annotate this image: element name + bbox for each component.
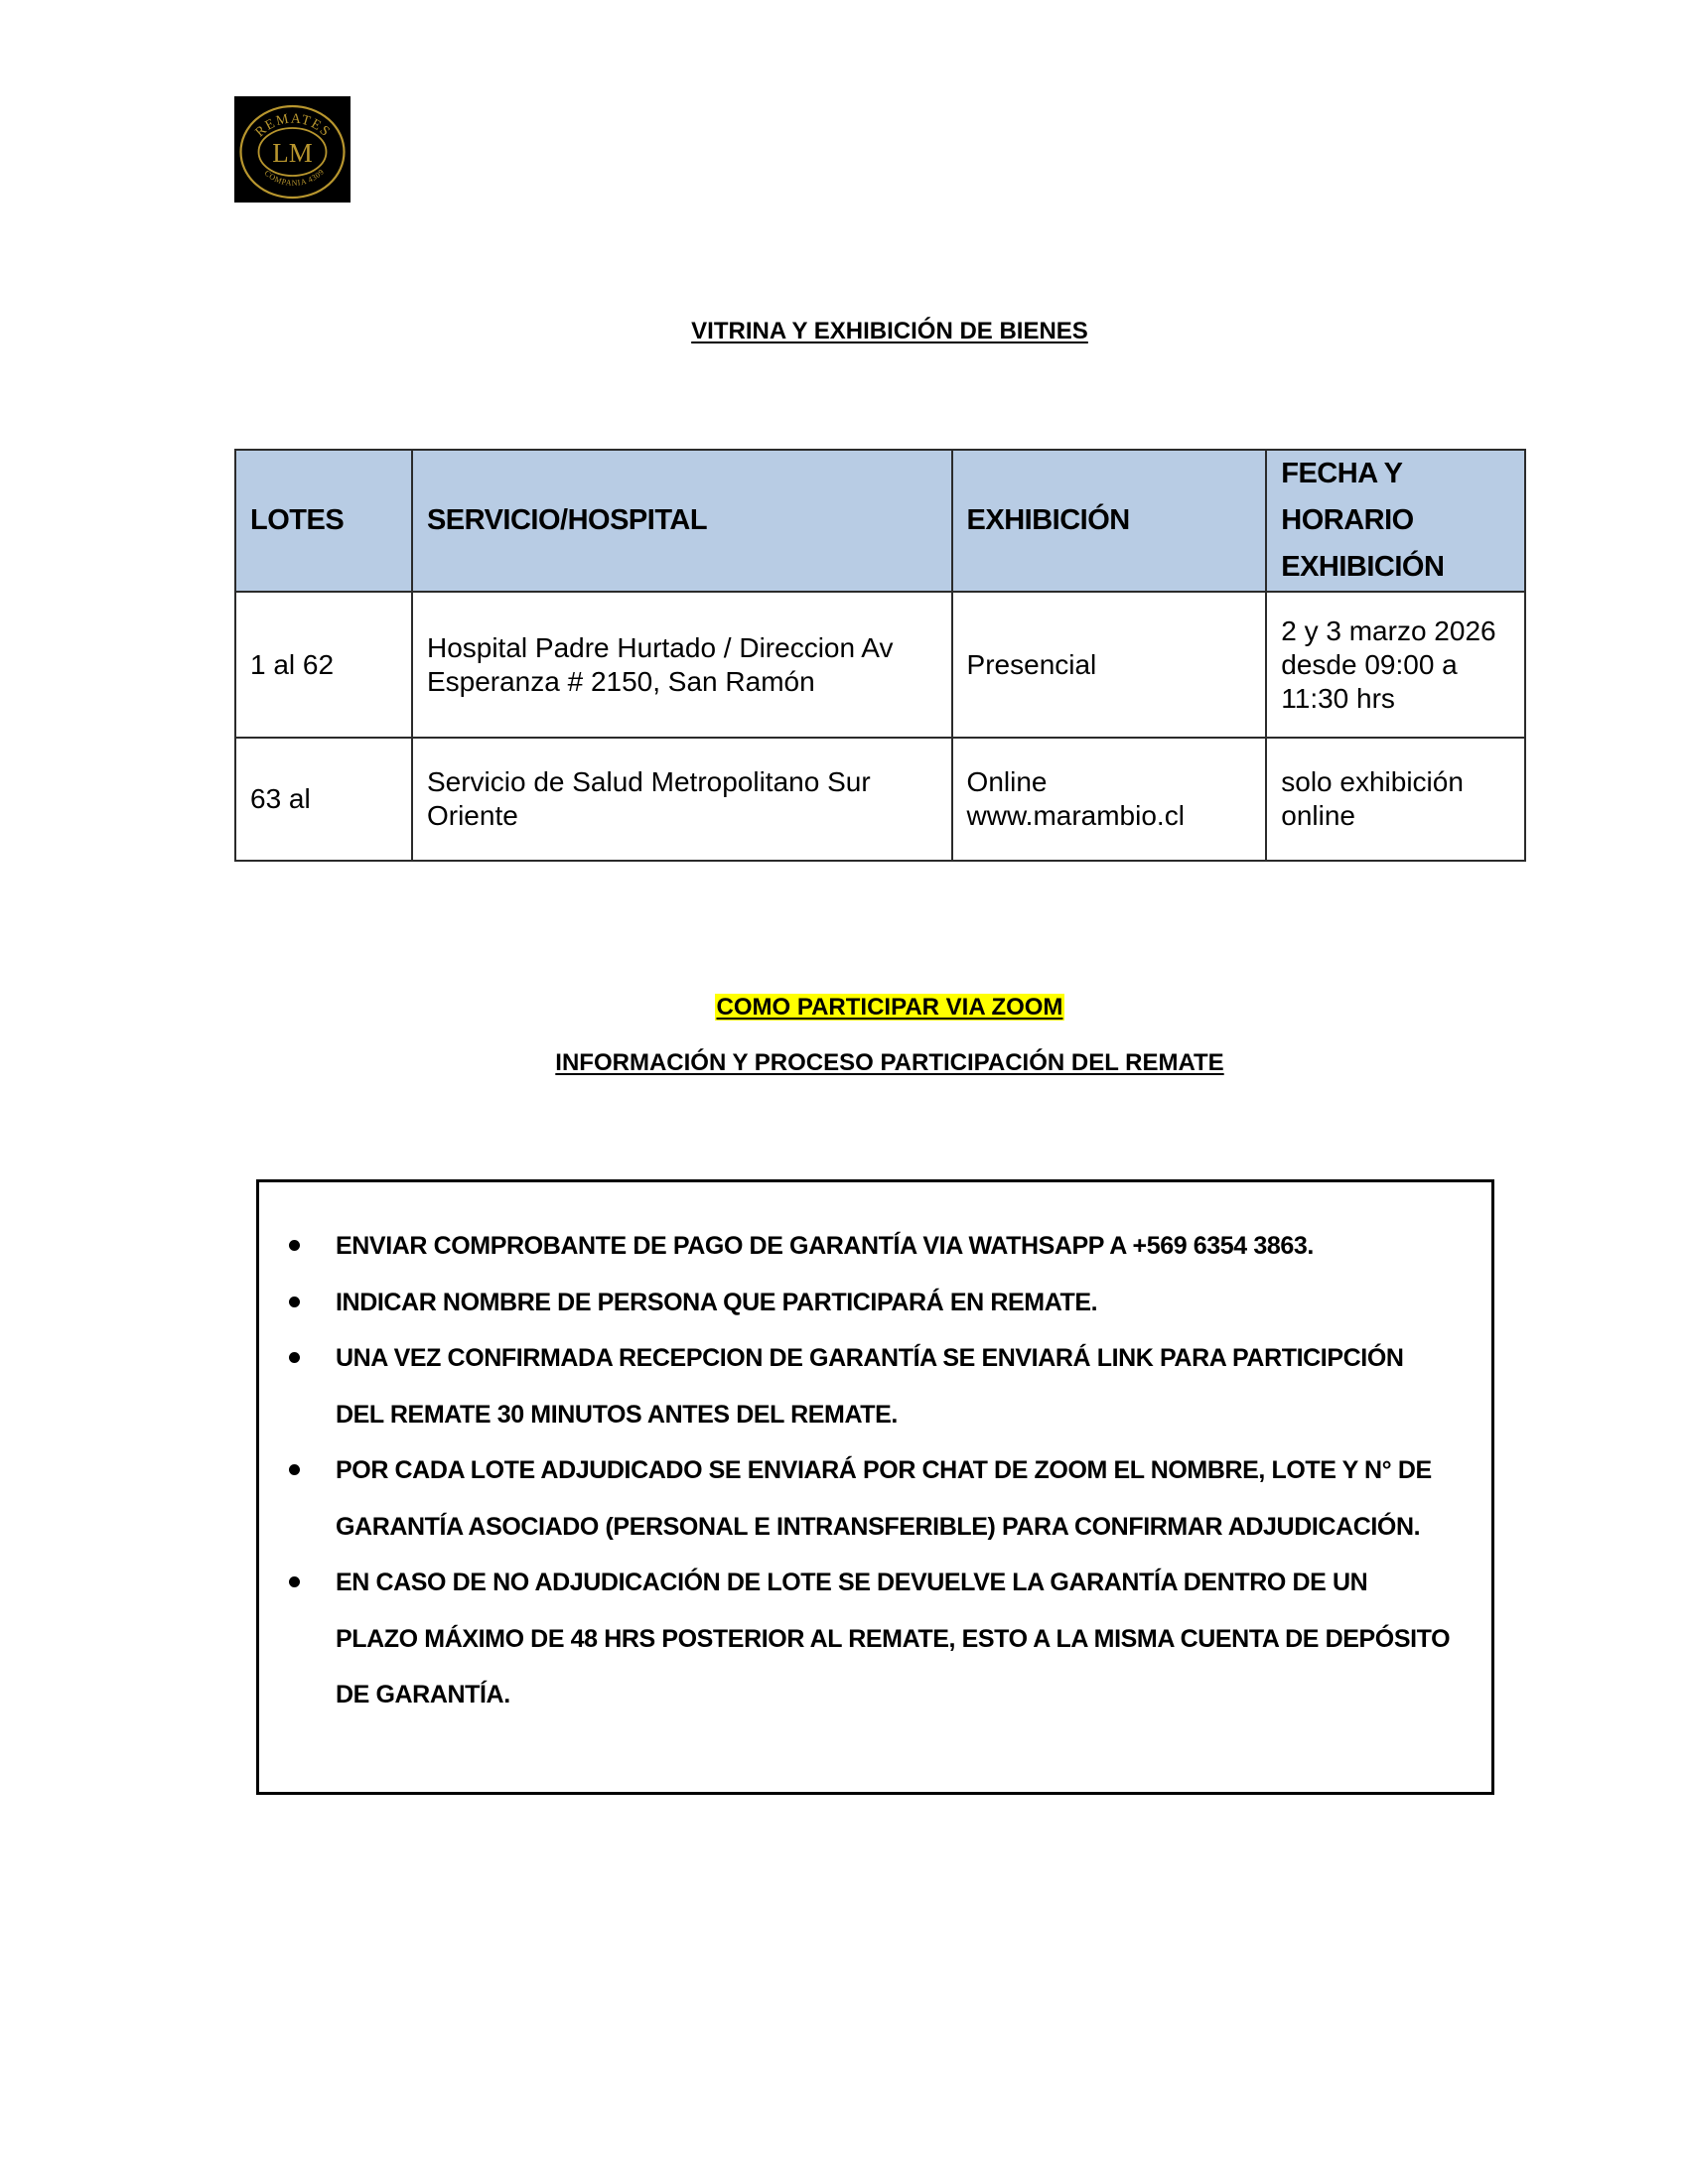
cell-fecha: 2 y 3 marzo 2026 desde 09:00 a 11:30 hrs (1266, 592, 1525, 738)
zoom-section-subtitle: INFORMACIÓN Y PROCESO PARTICIPACIÓN DEL … (0, 1049, 1688, 1077)
zoom-section-title: COMO PARTICIPAR VIA ZOOM (0, 994, 1688, 1022)
cell-lotes: 1 al 62 (235, 592, 412, 738)
participation-steps-list: ENVIAR COMPROBANTE DE PAGO DE GARANTÍA V… (259, 1182, 1491, 1723)
list-item: ENVIAR COMPROBANTE DE PAGO DE GARANTÍA V… (259, 1218, 1491, 1275)
cell-servicio: Hospital Padre Hurtado / Direccion Av Es… (412, 592, 952, 738)
cell-exhibicion: Online www.marambio.cl (952, 738, 1267, 861)
bullet-icon (289, 1464, 300, 1475)
bullet-icon (289, 1352, 300, 1363)
table-header-row: LOTES SERVICIO/HOSPITAL EXHIBICIÓN FECHA… (235, 450, 1525, 592)
table-row: 1 al 62 Hospital Padre Hurtado / Direcci… (235, 592, 1525, 738)
header-lotes: LOTES (235, 450, 412, 592)
company-logo: REMATES LM COMPANIA 4309 (234, 96, 351, 203)
list-item: INDICAR NOMBRE DE PERSONA QUE PARTICIPAR… (259, 1275, 1491, 1331)
exhibition-title: VITRINA Y EXHIBICIÓN DE BIENES (0, 318, 1688, 345)
cell-lotes: 63 al (235, 738, 412, 861)
exhibition-table: LOTES SERVICIO/HOSPITAL EXHIBICIÓN FECHA… (234, 449, 1526, 862)
bullet-icon (289, 1576, 300, 1587)
remates-lm-emblem-icon: REMATES LM COMPANIA 4309 (234, 96, 351, 203)
cell-servicio: Servicio de Salud Metropolitano Sur Orie… (412, 738, 952, 861)
table-row: 63 al Servicio de Salud Metropolitano Su… (235, 738, 1525, 861)
list-item: EN CASO DE NO ADJUDICACIÓN DE LOTE SE DE… (259, 1555, 1491, 1723)
list-item: UNA VEZ CONFIRMADA RECEPCION DE GARANTÍA… (259, 1330, 1491, 1442)
list-item: POR CADA LOTE ADJUDICADO SE ENVIARÁ POR … (259, 1442, 1491, 1555)
header-servicio-hospital: SERVICIO/HOSPITAL (412, 450, 952, 592)
svg-text:REMATES: REMATES (253, 111, 334, 140)
header-exhibicion: EXHIBICIÓN (952, 450, 1267, 592)
highlighted-title-text: COMO PARTICIPAR VIA ZOOM (715, 994, 1065, 1021)
svg-text:LM: LM (272, 138, 313, 168)
cell-fecha: solo exhibición online (1266, 738, 1525, 861)
participation-steps-box: ENVIAR COMPROBANTE DE PAGO DE GARANTÍA V… (256, 1179, 1494, 1795)
bullet-icon (289, 1297, 300, 1307)
header-fecha-horario: FECHA Y HORARIO EXHIBICIÓN (1266, 450, 1525, 592)
bullet-icon (289, 1240, 300, 1251)
cell-exhibicion: Presencial (952, 592, 1267, 738)
